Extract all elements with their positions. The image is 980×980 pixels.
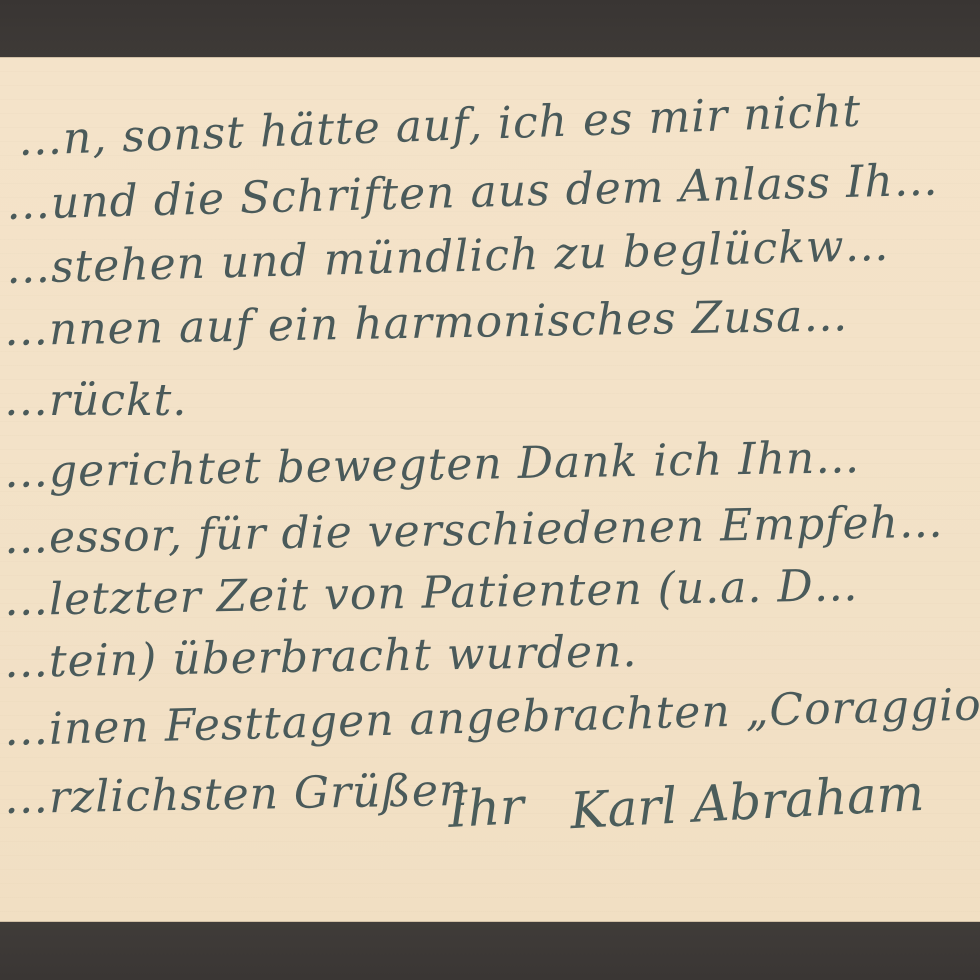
letter-line-1: …n, sonst hätte auf, ich es mir nicht: [17, 86, 862, 166]
letter-line-2: …und die Schriften aus dem Anlass Ih…: [5, 155, 939, 230]
scan-border-top: [0, 0, 980, 57]
closing-text: Ihr: [447, 777, 526, 839]
signature: Karl Abraham: [569, 764, 926, 840]
scan-border-bottom: [0, 922, 980, 980]
scan-frame: …n, sonst hätte auf, ich es mir nicht …u…: [0, 0, 980, 980]
letter-line-9: …tein) überbracht wurden.: [4, 626, 638, 688]
letter-line-3: …stehen und mündlich zu beglückw…: [5, 220, 890, 294]
letter-line-7: …essor, für die verschiedenen Empfeh…: [4, 497, 945, 564]
letter-line-8: …letzter Zeit von Patienten (u.a. D…: [4, 560, 860, 626]
letter-line-10: …inen Festtagen angebrachten „Coraggio C…: [3, 677, 980, 756]
letter-line-11: …rzlichsten Grüßen: [4, 765, 469, 824]
letter-line-4: …nnen auf ein harmonisches Zusa…: [4, 290, 849, 356]
letter-page: …n, sonst hätte auf, ich es mir nicht …u…: [0, 57, 980, 922]
letter-line-6: …gerichtet bewegten Dank ich Ihn…: [4, 432, 861, 498]
letter-line-5: …rückt.: [4, 375, 187, 426]
